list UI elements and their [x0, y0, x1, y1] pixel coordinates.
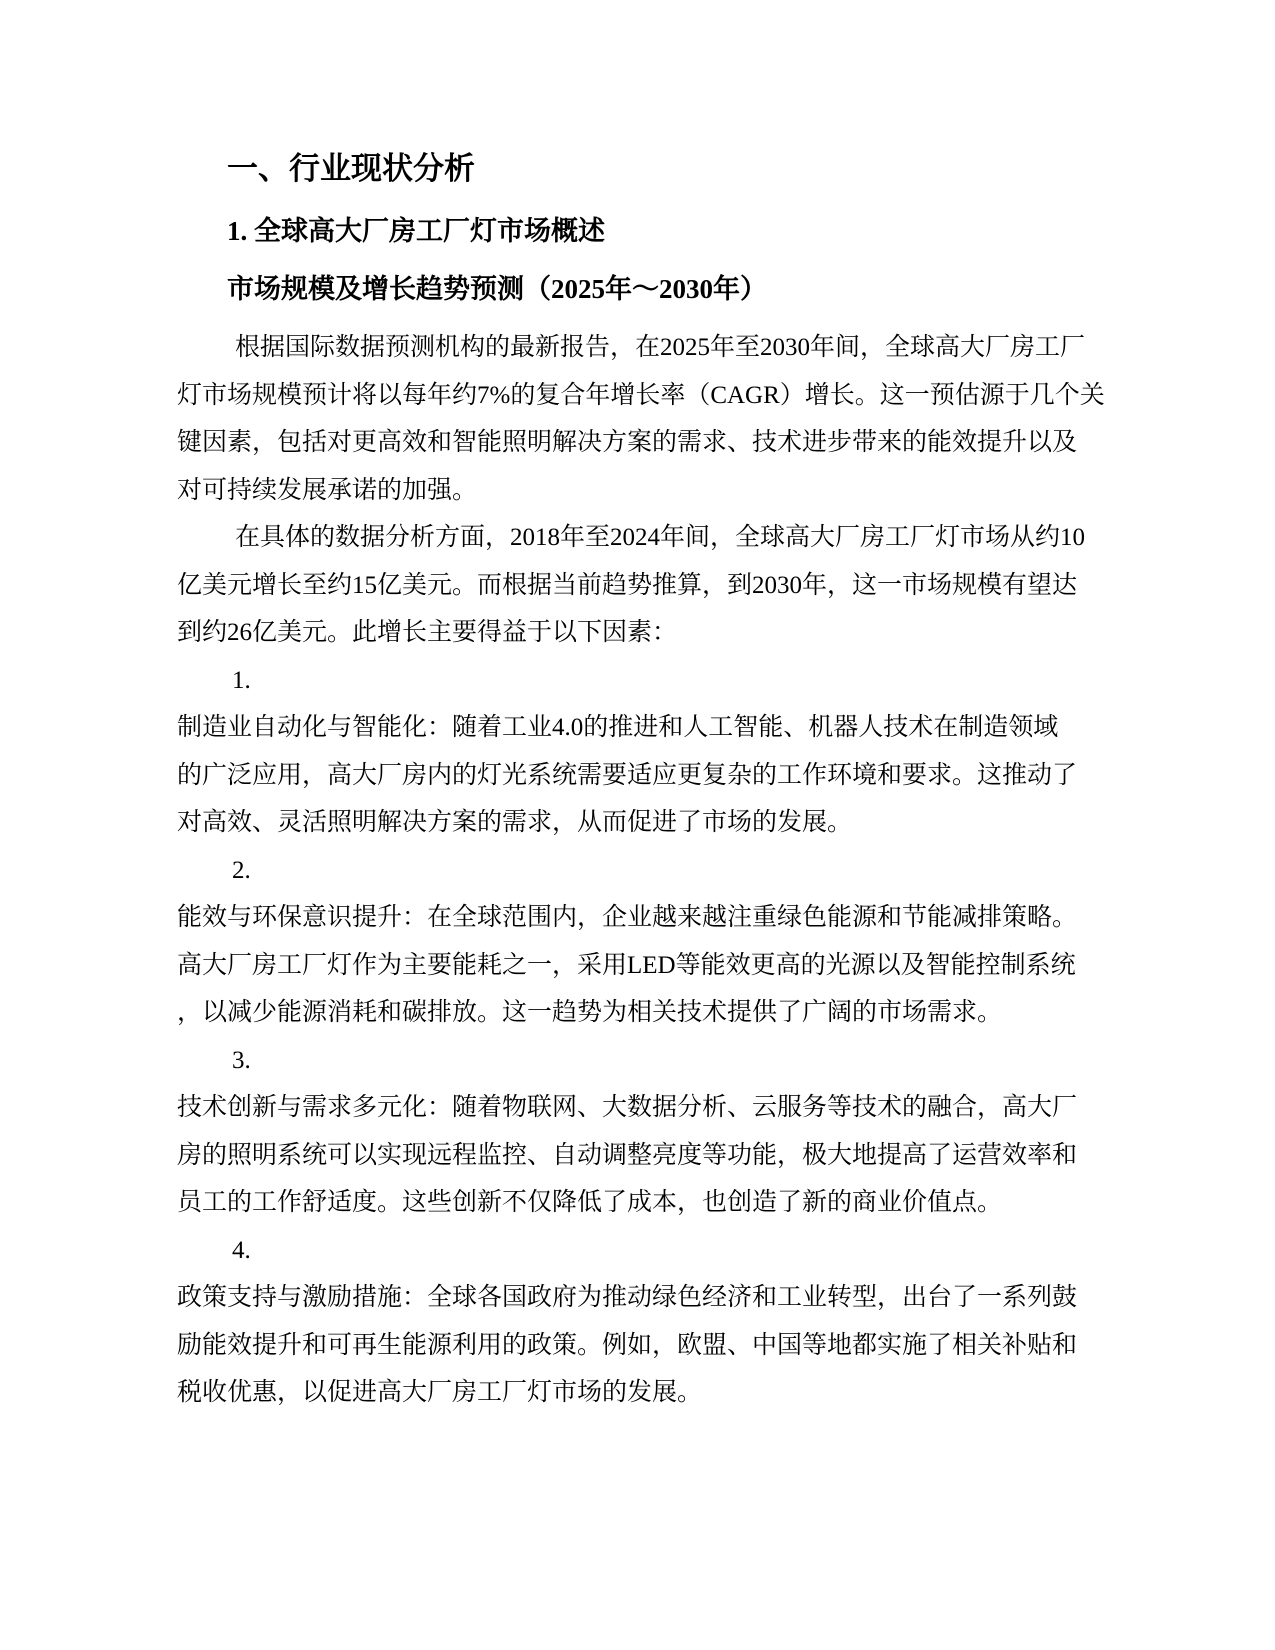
list-number-1: 1. — [232, 657, 1107, 705]
document-body: 根据国际数据预测机构的最新报告，在2025年至2030年间，全球高大厂房工厂 灯… — [177, 324, 1107, 1417]
paragraph-market-data: 在具体的数据分析方面，2018年至2024年间，全球高大厂房工厂灯市场从约10 … — [177, 514, 1107, 657]
document-page: 一、行业现状分析 1. 全球高大厂房工厂灯市场概述 市场规模及增长趋势预测（20… — [0, 0, 1275, 1650]
list-number-2: 2. — [232, 847, 1107, 895]
list-item-tech-innovation: 技术创新与需求多元化：随着物联网、大数据分析、云服务等技术的融合，高大厂 房的照… — [177, 1084, 1107, 1227]
list-item-policy-support: 政策支持与激励措施：全球各国政府为推动绿色经济和工业转型，出台了一系列鼓 励能效… — [177, 1274, 1107, 1417]
subsubsection-heading: 市场规模及增长趋势预测（2025年～2030年） — [227, 270, 1195, 308]
list-item-automation: 制造业自动化与智能化：随着工业4.0的推进和人工智能、机器人技术在制造领域 的广… — [177, 704, 1107, 847]
list-number-4: 4. — [232, 1227, 1107, 1275]
list-item-energy-efficiency: 能效与环保意识提升：在全球范围内，企业越来越注重绿色能源和节能减排策略。 高大厂… — [177, 894, 1107, 1037]
list-number-3: 3. — [232, 1037, 1107, 1085]
section-heading: 一、行业现状分析 — [227, 150, 1195, 188]
subsection-heading: 1. 全球高大厂房工厂灯市场概述 — [227, 212, 1195, 250]
paragraph-market-forecast: 根据国际数据预测机构的最新报告，在2025年至2030年间，全球高大厂房工厂 灯… — [177, 324, 1107, 514]
